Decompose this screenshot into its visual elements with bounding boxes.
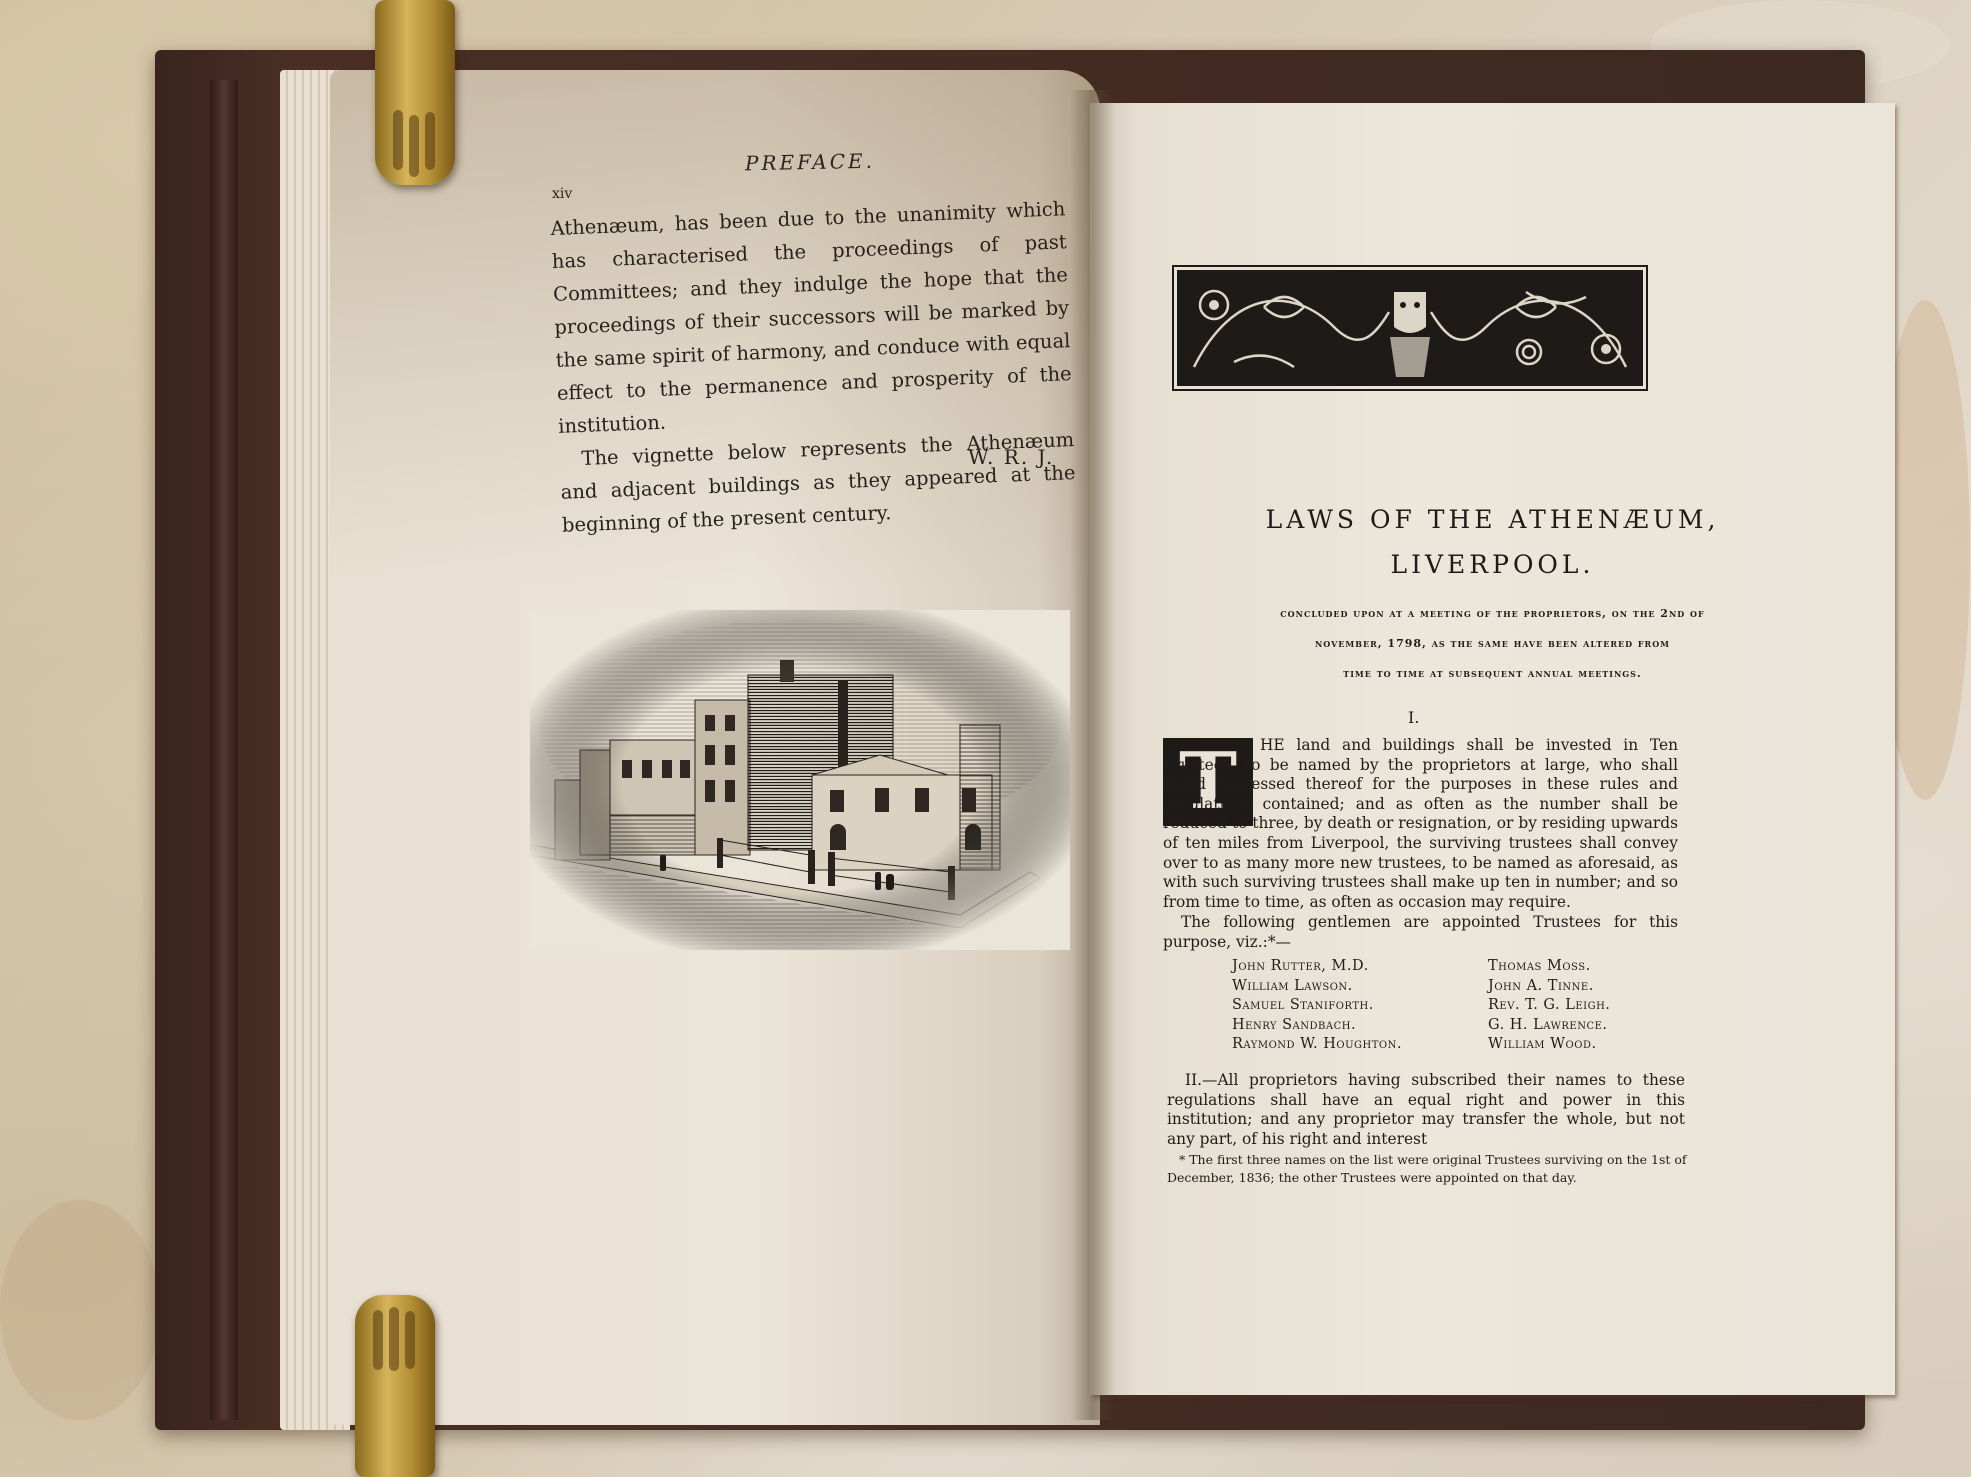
footnote: * The first three names on the list were… [1167,1151,1687,1187]
subtitle-line: november, 1798, as the same have been al… [1090,637,1895,650]
trustee-name: William Lawson. [1232,977,1402,997]
trustees-intro: The following gentlemen are appointed Tr… [1163,913,1678,952]
law-2-text: II.—All proprietors having subscribed th… [1167,1071,1685,1149]
document-title-line1: LAWS OF THE ATHENÆUM, [1090,505,1895,534]
preface-paragraph: The vignette below represents the Athenæ… [559,423,1077,542]
trustee-name: Raymond W. Houghton. [1232,1035,1402,1055]
preface-text: Athenæum, has been due to the unanimity … [550,192,1077,542]
running-head: PREFACE. [745,149,875,176]
foliage-ornament-icon [1174,267,1646,389]
law-1-text: HE land and buildings shall be invested … [1163,736,1678,912]
decorative-headpiece [1172,265,1648,391]
book-gutter [1070,90,1115,1420]
document-title-line2: LIVERPOOL. [1090,550,1895,579]
trustee-name: John Rutter, M.D. [1232,957,1402,977]
book-spine-edge [210,80,238,1420]
trustees-list-left: John Rutter, M.D. William Lawson. Samuel… [1232,957,1402,1055]
trustee-name: Samuel Staniforth. [1232,996,1402,1016]
law-1-body: HE land and buildings shall be invested … [1163,736,1678,911]
signature: W. R. J. [968,445,1054,469]
preface-paragraph: Athenæum, has been due to the unanimity … [550,192,1073,443]
subtitle-line: time to time at subsequent annual meetin… [1090,667,1895,680]
section-number: I. [1408,708,1419,727]
building-engraving [530,610,1070,950]
trustee-name: John A. Tinne. [1488,977,1610,997]
subtitle-line: concluded upon at a meeting of the propr… [1090,607,1895,620]
brass-hand-page-holder-bottom [355,1295,435,1477]
trustee-name: Henry Sandbach. [1232,1016,1402,1036]
trustee-name: William Wood. [1488,1035,1610,1055]
trustee-name: G. H. Lawrence. [1488,1016,1610,1036]
trustee-name: Thomas Moss. [1488,957,1610,977]
page-number: xiv [552,186,572,202]
trustee-name: Rev. T. G. Leigh. [1488,996,1610,1016]
trustees-list-right: Thomas Moss. John A. Tinne. Rev. T. G. L… [1488,957,1610,1055]
marble-vein [0,1200,160,1420]
brass-hand-page-holder-top [375,0,455,185]
